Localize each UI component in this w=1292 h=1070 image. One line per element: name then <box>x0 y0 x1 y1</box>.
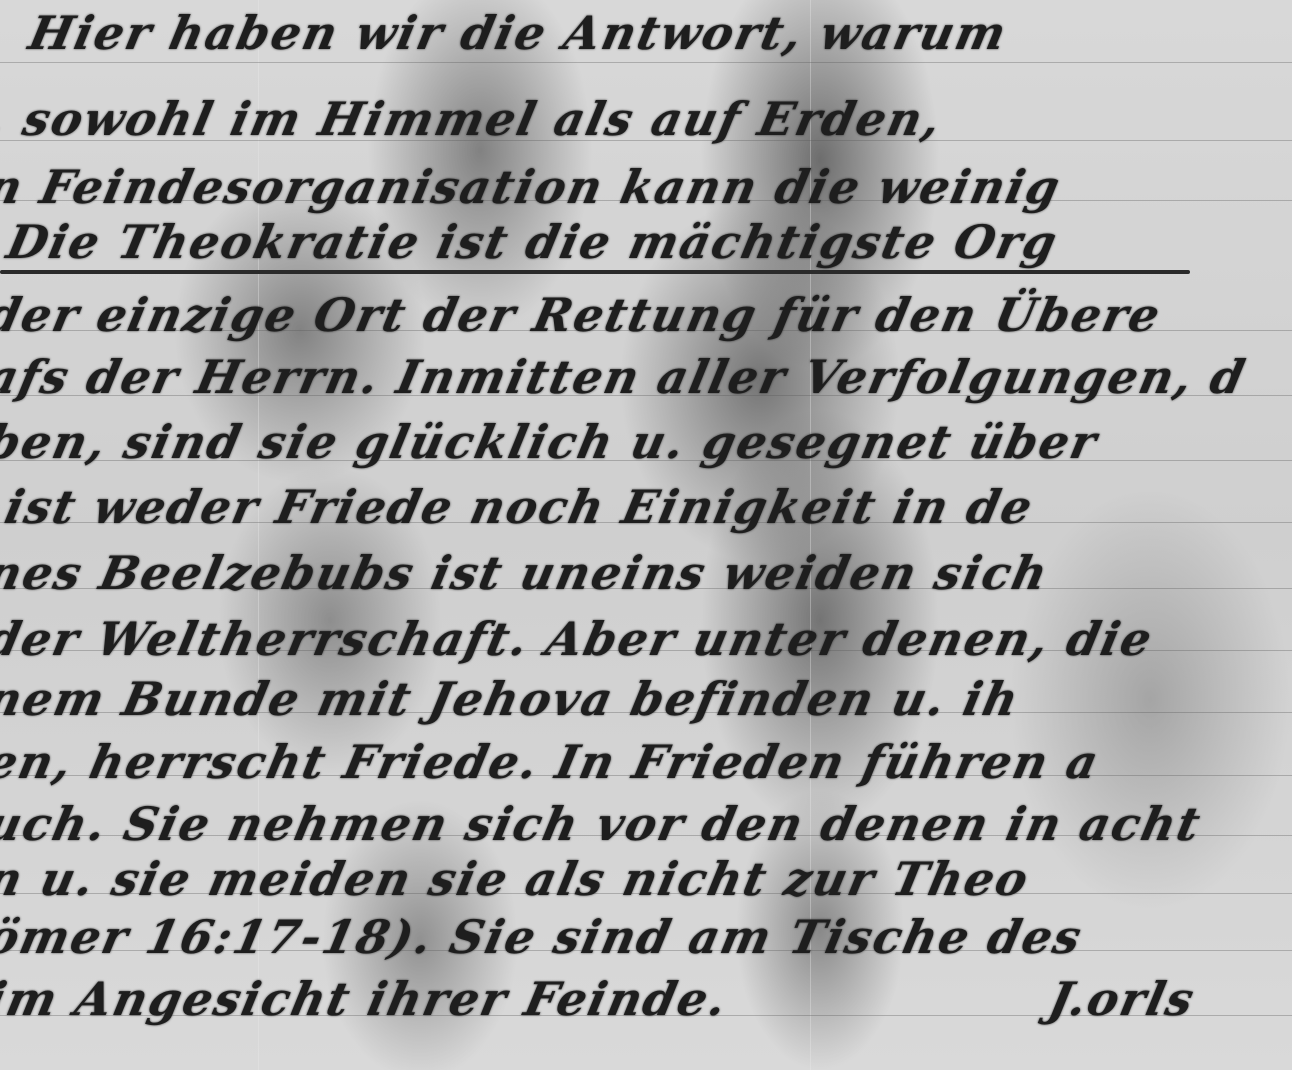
text-line: nes Beelzebubs ist uneins weiden sich <box>0 546 1054 600</box>
text-line: uch. Sie nehmen sich vor den denen in ac… <box>0 797 1207 851</box>
underline-stroke <box>0 270 1190 274</box>
text-line: ist weder Friede noch Einigkeit in de <box>0 480 1038 534</box>
text-line: n Feindesorganisation kann die weinig <box>0 160 1066 214</box>
text-line: Die Theokratie ist die mächtigste Org <box>2 215 1063 269</box>
ruled-line <box>0 62 1292 63</box>
handwritten-page: Hier haben wir die Antwort, warum , sowo… <box>0 0 1292 1070</box>
text-line: nem Bunde mit Jehova befinden u. ih <box>0 672 1025 726</box>
text-line: afs der Herrn. Inmitten aller Verfolgung… <box>0 350 1251 404</box>
text-line: der Weltherrschaft. Aber unter denen, di… <box>0 612 1158 666</box>
text-line: en, herrscht Friede. In Frieden führen a <box>0 735 1105 789</box>
text-line: , sowohl im Himmel als auf Erden, <box>0 92 947 146</box>
text-line: ben, sind sie glücklich u. gesegnet über <box>0 415 1103 469</box>
text-line: Hier haben wir die Antwort, warum <box>24 6 1012 60</box>
text-line: n u. sie meiden sie als nicht zur Theo <box>0 852 1035 906</box>
text-line: der einzige Ort der Rettung für den Über… <box>0 288 1166 342</box>
text-line: ömer 16:17-18). Sie sind am Tische des <box>0 910 1088 964</box>
text-line: im Angesicht ihrer Feinde. <box>0 972 733 1026</box>
signature: J.orls <box>1044 972 1200 1026</box>
